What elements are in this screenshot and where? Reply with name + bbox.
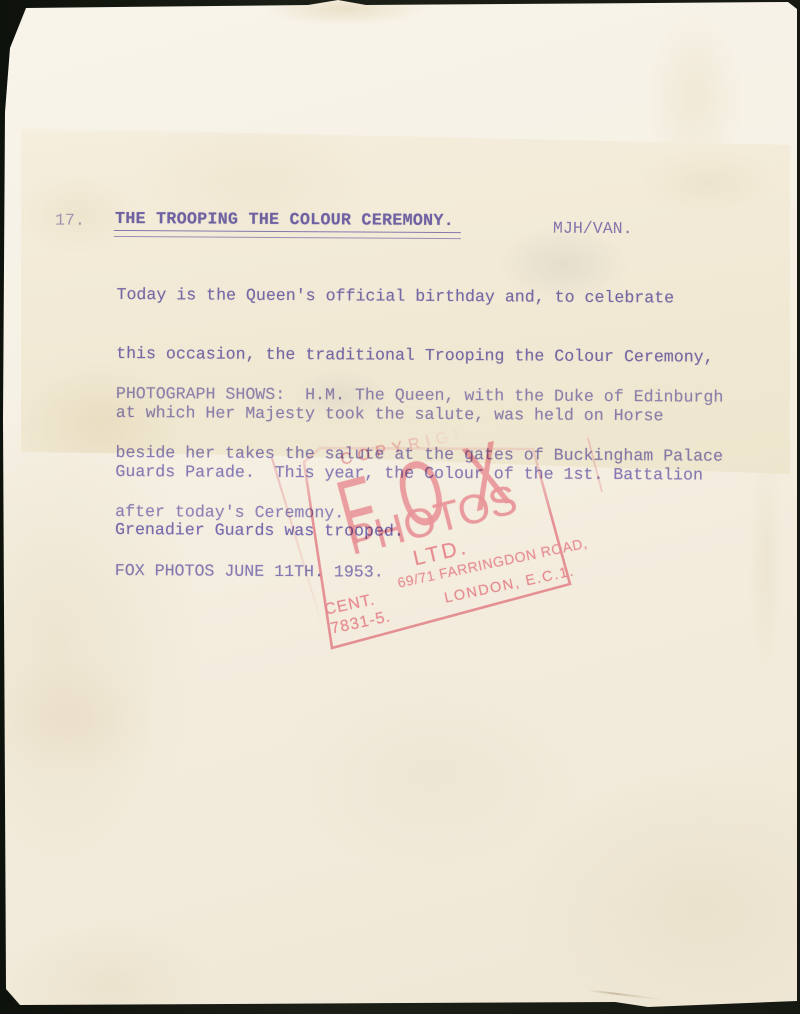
- caption-line: Today is the Queen's official birthday a…: [116, 285, 714, 308]
- caption-line: after today's Ceremony.: [115, 502, 723, 525]
- credit-line: FOX PHOTOS JUNE 11TH. 1953.: [115, 561, 723, 584]
- typed-caption: 17. THE TROOPING THE COLOUR CEREMONY. MJ…: [0, 0, 800, 1014]
- caption-line: PHOTOGRAPH SHOWS: H.M. The Queen, with t…: [116, 384, 724, 407]
- scanned-photo-back: 17. THE TROOPING THE COLOUR CEREMONY. MJ…: [0, 0, 800, 1014]
- reference-code: MJH/VAN.: [553, 219, 633, 238]
- caption-paragraph-2: PHOTOGRAPH SHOWS: H.M. The Queen, with t…: [115, 345, 724, 623]
- photo-back-paper: 17. THE TROOPING THE COLOUR CEREMONY. MJ…: [0, 0, 800, 1014]
- title-underline: [114, 230, 461, 239]
- caption-line: beside her takes the salute at the gates…: [115, 443, 723, 466]
- caption-title: THE TROOPING THE COLOUR CEREMONY.: [115, 210, 454, 231]
- photo-index-number: 17.: [55, 211, 85, 230]
